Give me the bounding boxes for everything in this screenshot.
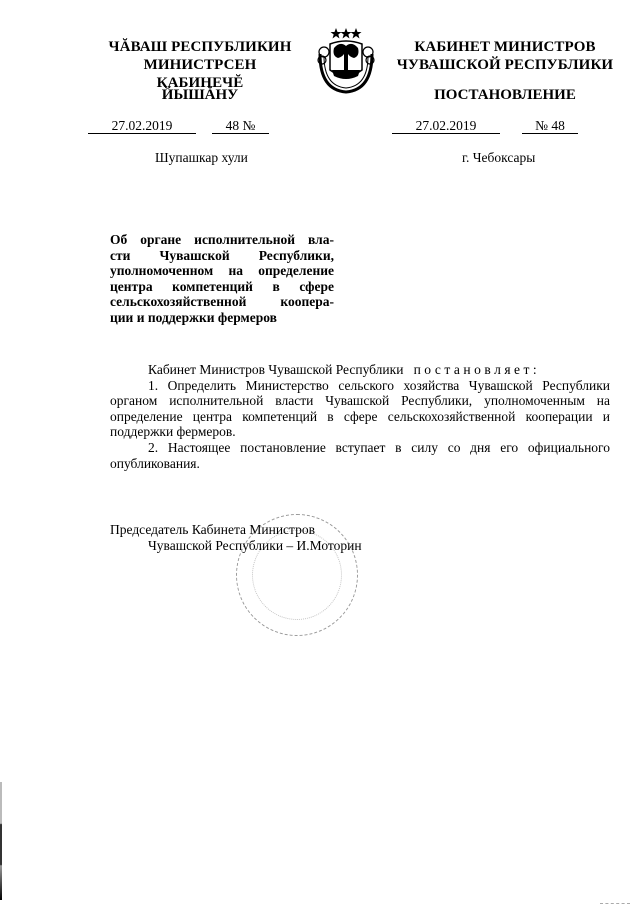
preamble-subject: Кабинет Министров Чувашской Республики bbox=[148, 362, 403, 377]
date-right-value: 27.02.2019 bbox=[392, 118, 500, 134]
date-right: 27.02.2019 bbox=[392, 118, 500, 134]
title-line: сельскохозяйственной коопера- bbox=[110, 294, 334, 310]
number-right: № 48 bbox=[522, 118, 578, 134]
issuer-russian-line1: КАБИНЕТ МИНИСТРОВ bbox=[392, 38, 618, 56]
signatory-name: Чувашской Республики – И.Моторин bbox=[148, 538, 362, 554]
body-item-1: 1. Определить Министерство сельского хоз… bbox=[110, 378, 610, 440]
scan-margin-mark bbox=[0, 782, 2, 900]
number-right-value: № 48 bbox=[522, 118, 578, 134]
preamble-verb: постановляет: bbox=[414, 362, 541, 377]
document-title: Об органе исполнительной вла- сти Чувашс… bbox=[110, 232, 334, 326]
title-line: центра компетенций в сфере bbox=[110, 279, 334, 295]
place-russian: г. Чебоксары bbox=[462, 150, 535, 166]
preamble: Кабинет Министров Чувашской Республики п… bbox=[110, 362, 610, 378]
title-line: ции и поддержки фермеров bbox=[110, 310, 334, 326]
body-item-2: 2. Настоящее постановление вступает в си… bbox=[110, 440, 610, 471]
doc-type-chuvash: ЙЫШĂНУ bbox=[100, 87, 300, 104]
number-left: 48 № bbox=[212, 118, 269, 134]
number-left-value: 48 № bbox=[212, 118, 269, 134]
doc-type-russian: ПОСТАНОВЛЕНИЕ bbox=[392, 87, 618, 104]
signatory-title: Председатель Кабинета Министров bbox=[110, 522, 315, 538]
issuer-russian: КАБИНЕТ МИНИСТРОВ ЧУВАШСКОЙ РЕСПУБЛИКИ bbox=[392, 38, 618, 74]
title-line: Об органе исполнительной вла- bbox=[110, 232, 334, 248]
date-left: 27.02.2019 bbox=[88, 118, 196, 134]
title-line: уполномоченном на определение bbox=[110, 263, 334, 279]
issuer-chuvash-line1: ЧĂВАШ РЕСПУБЛИКИН bbox=[100, 38, 300, 56]
issuer-chuvash: ЧĂВАШ РЕСПУБЛИКИН МИНИСТРСЕН КАБИНЕЧĔ bbox=[100, 38, 300, 92]
issuer-russian-line2: ЧУВАШСКОЙ РЕСПУБЛИКИ bbox=[392, 56, 618, 74]
place-chuvash: Шупашкар хули bbox=[155, 150, 248, 166]
title-line: сти Чувашской Республики, bbox=[110, 248, 334, 264]
document-body: Кабинет Министров Чувашской Республики п… bbox=[110, 362, 610, 471]
date-left-value: 27.02.2019 bbox=[88, 118, 196, 134]
coat-of-arms-icon bbox=[310, 24, 382, 96]
